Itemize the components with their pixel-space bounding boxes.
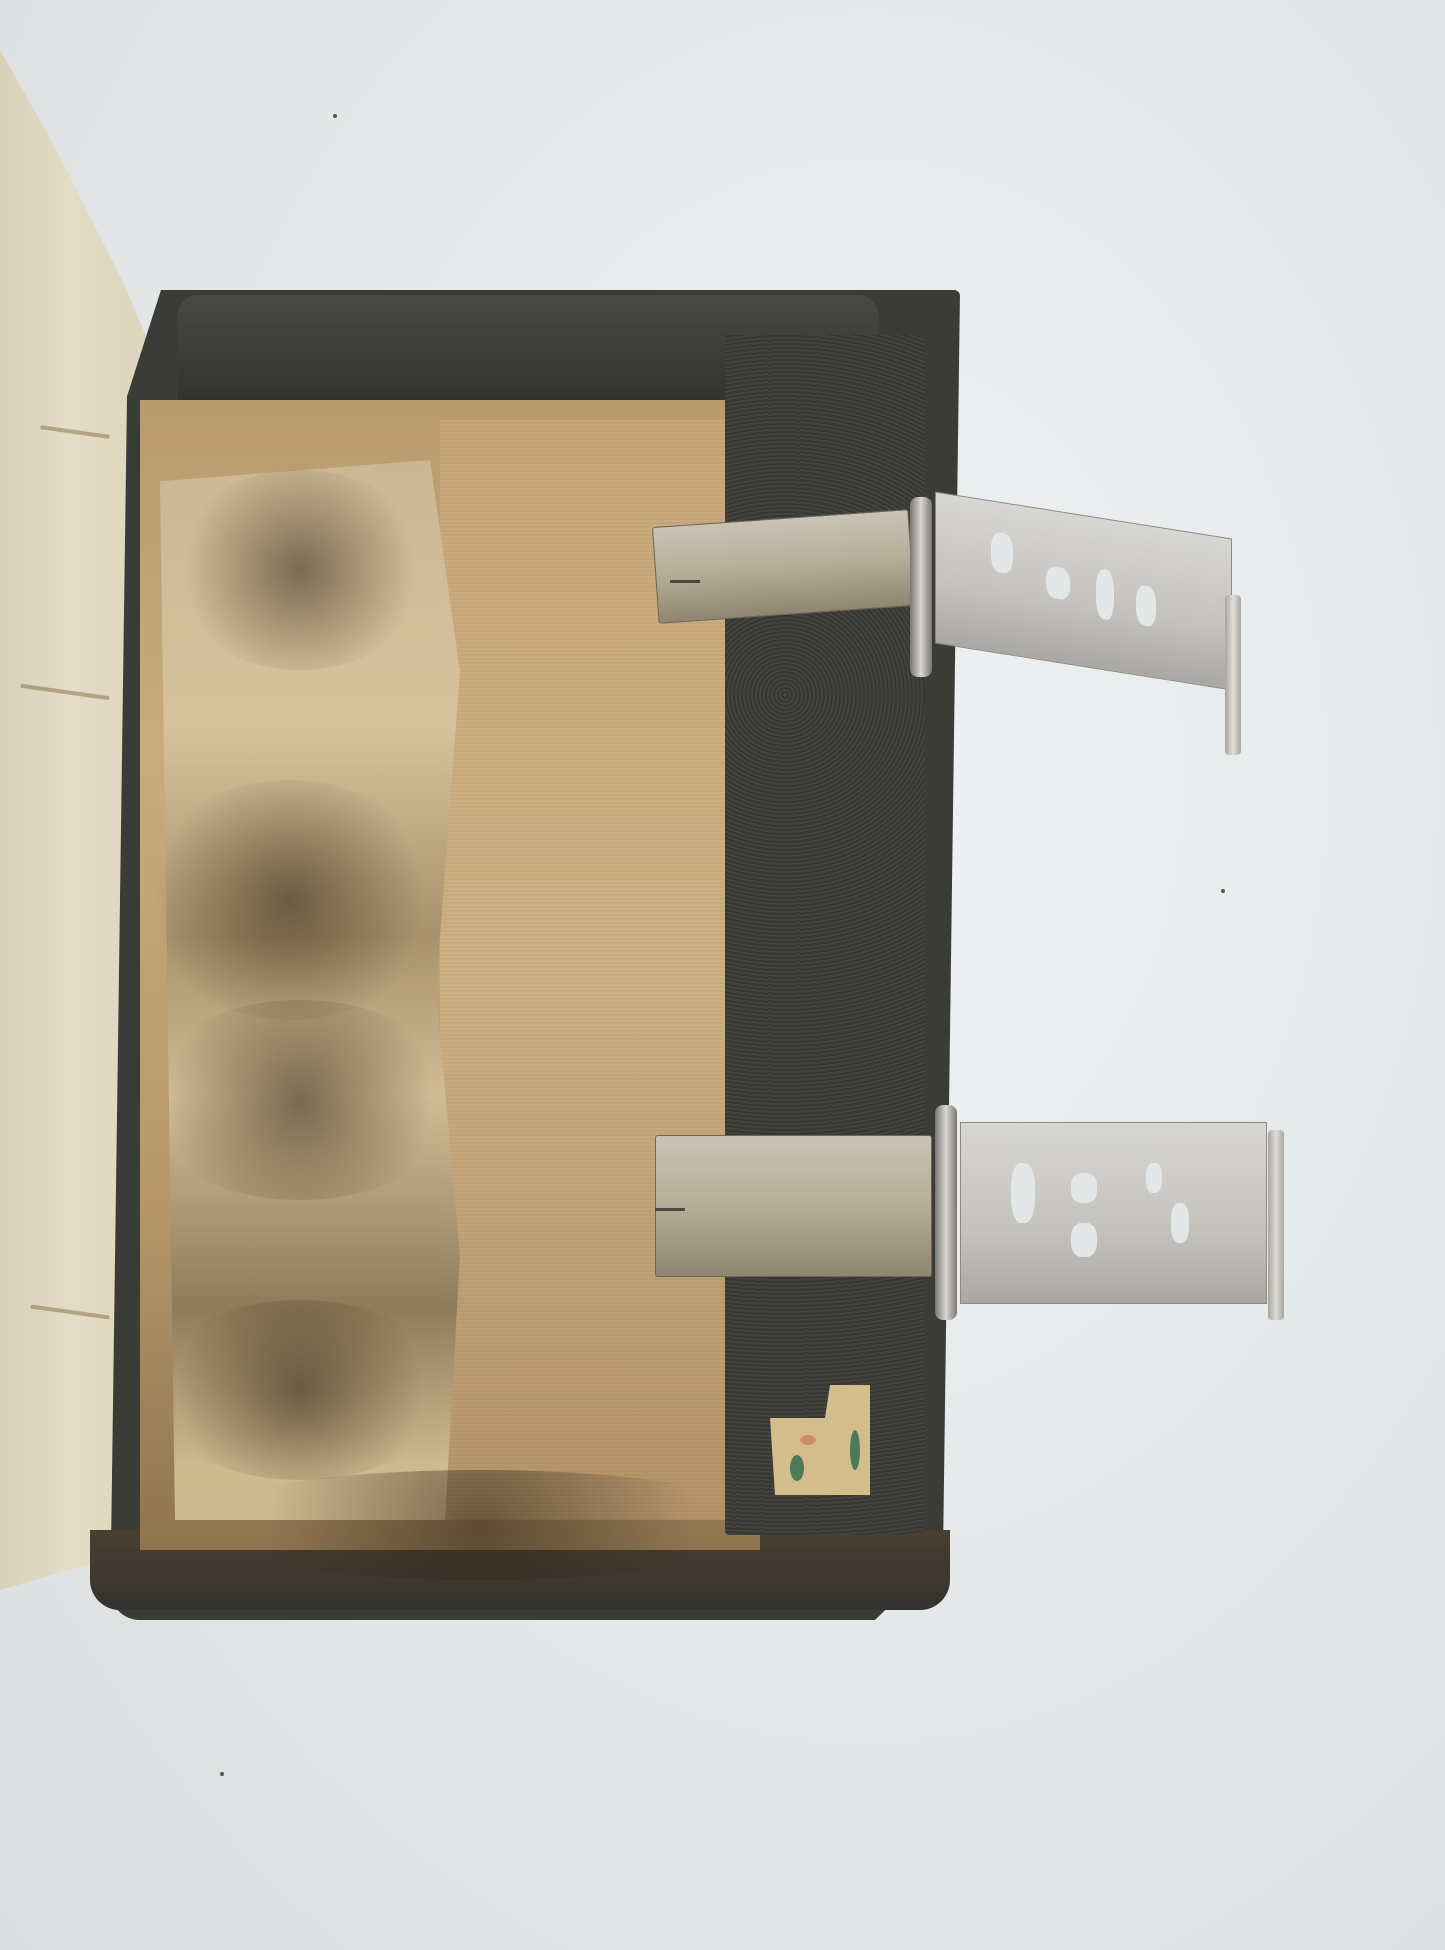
- page-smudge: [40, 425, 110, 439]
- pierced-cutout: [1136, 584, 1156, 627]
- clasp-strap: [652, 509, 915, 624]
- clasp-catch: [1268, 1130, 1284, 1320]
- pierced-cutout: [1071, 1223, 1097, 1257]
- dust-speck: [220, 1772, 224, 1776]
- page-smudge: [20, 684, 110, 700]
- pierced-cutout: [991, 531, 1013, 574]
- stain: [140, 780, 440, 1020]
- clasp-catch: [1225, 595, 1241, 755]
- pierced-cutout: [1071, 1173, 1097, 1203]
- clasp-pierced-plate: [960, 1122, 1267, 1304]
- dust-speck: [333, 114, 337, 118]
- green-mark: [790, 1455, 804, 1481]
- clasp-hinge: [935, 1105, 957, 1320]
- pierced-cutout: [1096, 568, 1114, 621]
- pierced-cutout: [1046, 565, 1070, 601]
- clasp-hinge: [910, 497, 932, 677]
- stain: [170, 470, 430, 670]
- stain: [150, 1300, 450, 1480]
- clasp-pin: [655, 1208, 685, 1211]
- dust-speck: [1221, 889, 1225, 893]
- pierced-cutout: [1146, 1163, 1162, 1193]
- clasp-pin: [670, 580, 700, 583]
- red-mark: [800, 1435, 816, 1445]
- clasp-strap: [655, 1135, 932, 1277]
- stain: [140, 1000, 460, 1200]
- stain: [180, 1470, 780, 1580]
- pierced-cutout: [1011, 1163, 1035, 1223]
- pierced-cutout: [1171, 1203, 1189, 1243]
- green-mark: [850, 1430, 860, 1470]
- page-smudge: [30, 1304, 110, 1319]
